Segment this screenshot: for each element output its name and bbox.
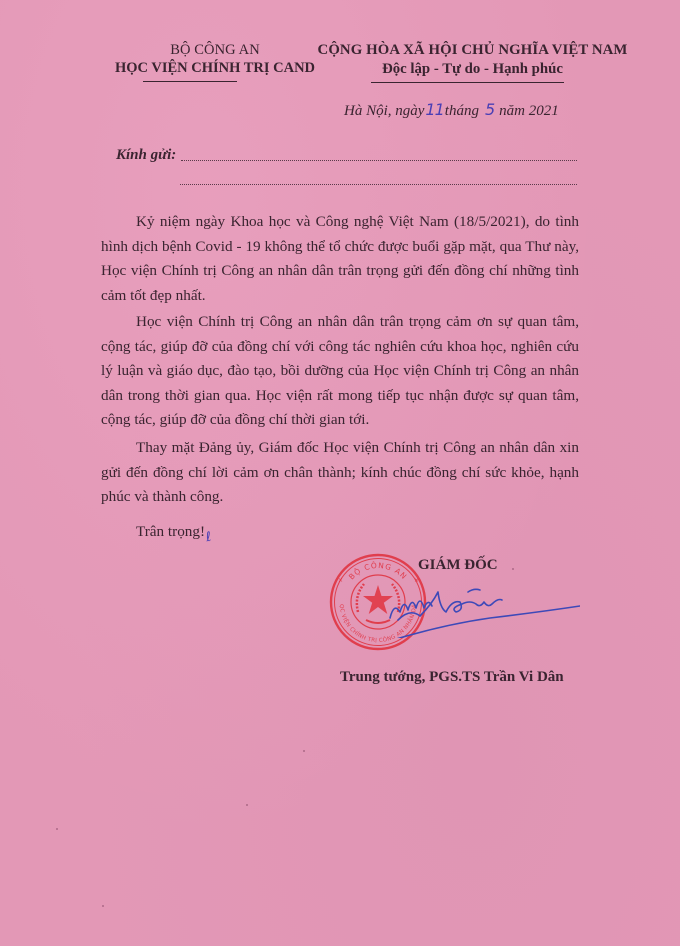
date-line: Hà Nội, ngày11tháng5năm 2021 [344, 100, 559, 120]
signer-position: GIÁM ĐỐC [418, 557, 498, 574]
date-month-label: tháng [445, 103, 479, 119]
initial-mark-icon: ℓ [205, 530, 213, 546]
ministry-name: BỘ CÔNG AN [115, 42, 315, 59]
paper-speck [512, 568, 514, 570]
paper-speck [102, 905, 104, 907]
body-paragraph-3: Thay mặt Đảng ủy, Giám đốc Học viện Chín… [101, 436, 579, 510]
closing-text: Trân trọng! [136, 523, 205, 540]
motto-underline [371, 82, 564, 83]
recipient-dotted-line-2 [180, 184, 577, 185]
date-month-handwritten: 5 [485, 100, 495, 119]
closing-line: Trân trọng!ℓ [136, 523, 211, 541]
body-paragraph-2: Học viện Chính trị Công an nhân dân trân… [101, 310, 579, 433]
recipient-dotted-line-1 [181, 160, 577, 161]
document-page: BỘ CÔNG AN HỌC VIỆN CHÍNH TRỊ CAND CỘNG … [0, 0, 680, 946]
body-paragraph-1: Kỷ niệm ngày Khoa học và Công nghệ Việt … [101, 210, 579, 308]
paper-speck [246, 804, 248, 806]
recipient-label: Kính gửi: [116, 147, 176, 164]
institution-underline [143, 81, 237, 82]
institution-name: HỌC VIỆN CHÍNH TRỊ CAND [95, 60, 335, 77]
national-motto: Độc lập - Tự do - Hạnh phúc [300, 61, 645, 78]
handwritten-signature-icon [380, 578, 580, 638]
signer-name: Trung tướng, PGS.TS Trần Vi Dân [340, 669, 564, 686]
paper-speck [56, 828, 58, 830]
date-day-handwritten: 11 [425, 100, 443, 119]
date-year: năm 2021 [499, 103, 559, 119]
nation-name: CỘNG HÒA XÃ HỘI CHỦ NGHĨA VIỆT NAM [300, 42, 645, 59]
paper-speck [303, 750, 305, 752]
date-prefix: Hà Nội, ngày [344, 103, 424, 119]
svg-text:×: × [338, 577, 343, 584]
